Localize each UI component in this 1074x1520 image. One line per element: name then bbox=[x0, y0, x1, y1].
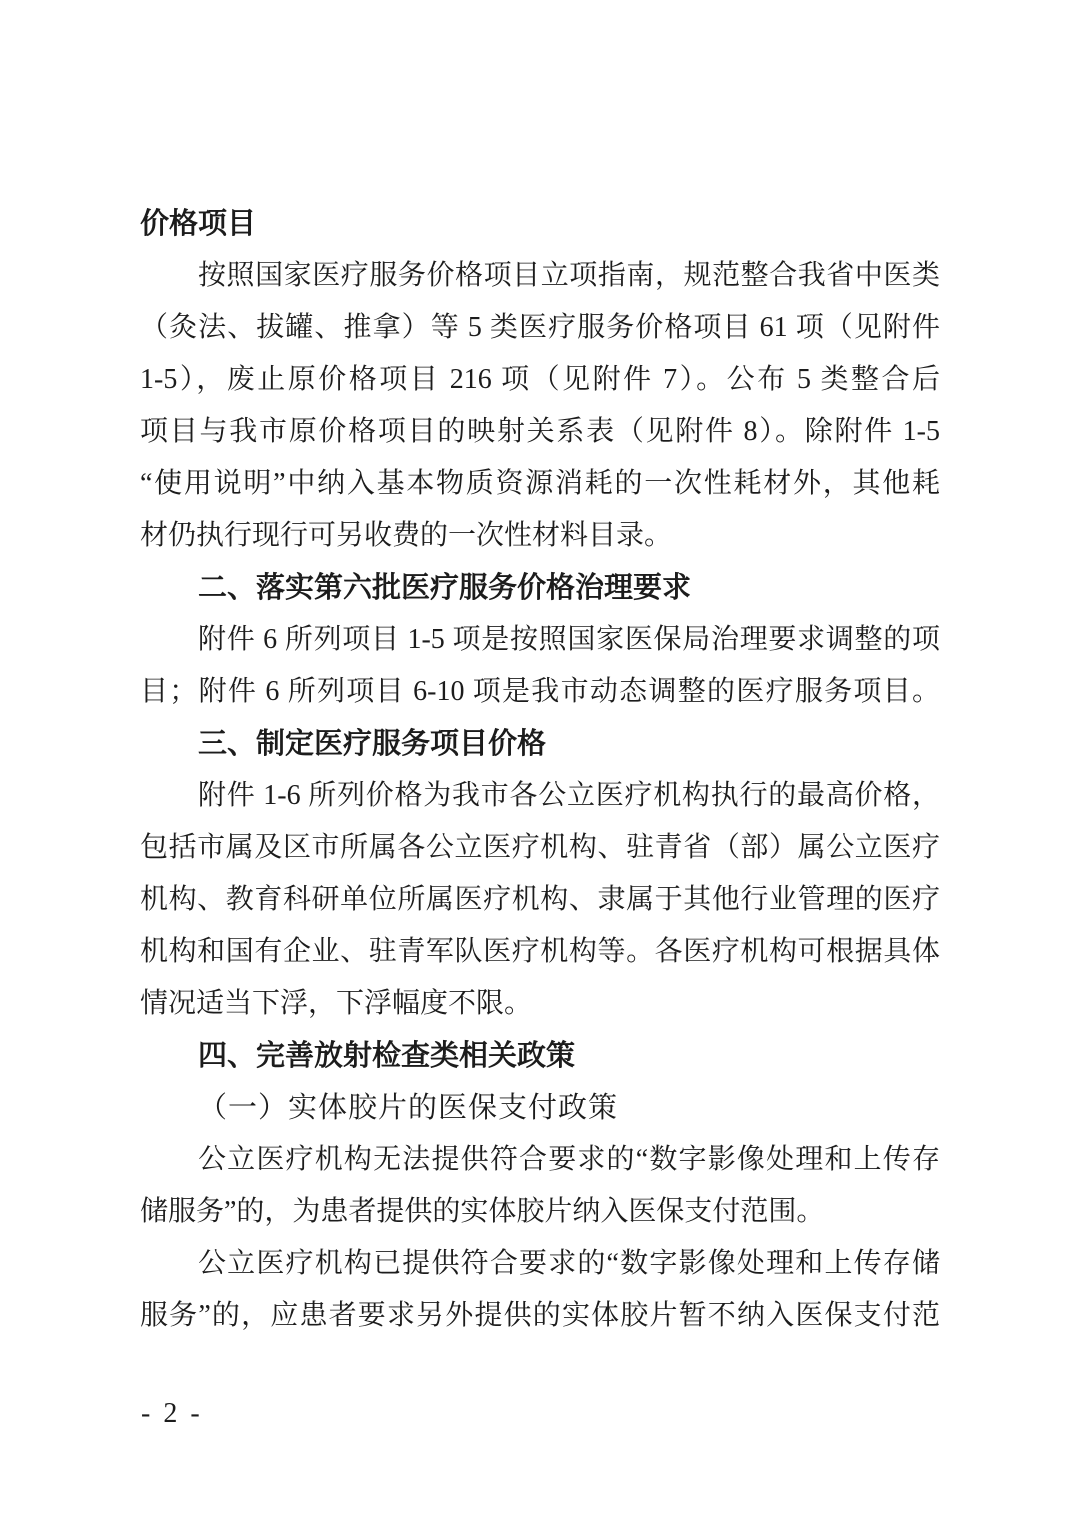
section3-heading: 三、制定医疗服务项目价格 bbox=[140, 718, 940, 770]
section1-para-line-5: “使用说明”中纳入基本物质资源消耗的一次性耗材外，其他耗 bbox=[140, 458, 940, 510]
section3-para-line-2: 包括市属及区市所属各公立医疗机构、驻青省（部）属公立医疗 bbox=[140, 822, 940, 874]
document-page: 价格项目 按照国家医疗服务价格项目立项指南，规范整合我省中医类 （灸法、拔罐、推… bbox=[0, 0, 1074, 1520]
section2-heading: 二、落实第六批医疗服务价格治理要求 bbox=[140, 562, 940, 614]
section1-para-line-1: 按照国家医疗服务价格项目立项指南，规范整合我省中医类 bbox=[140, 250, 940, 302]
document-text-block: 价格项目 按照国家医疗服务价格项目立项指南，规范整合我省中医类 （灸法、拔罐、推… bbox=[140, 198, 940, 1342]
section3-para-line-5: 情况适当下浮，下浮幅度不限。 bbox=[140, 978, 940, 1030]
section4-para-b-line-1: 公立医疗机构已提供符合要求的“数字影像处理和上传存储 bbox=[140, 1238, 940, 1290]
section3-para-line-1: 附件 1-6 所列价格为我市各公立医疗机构执行的最高价格， bbox=[140, 770, 940, 822]
section3-para-line-4: 机构和国有企业、驻青军队医疗机构等。各医疗机构可根据具体 bbox=[140, 926, 940, 978]
section1-para-line-2: （灸法、拔罐、推拿）等 5 类医疗服务价格项目 61 项（见附件 bbox=[140, 302, 940, 354]
section4-para-a-line-1: 公立医疗机构无法提供符合要求的“数字影像处理和上传存 bbox=[140, 1134, 940, 1186]
section4-para-a-line-2: 储服务”的，为患者提供的实体胶片纳入医保支付范围。 bbox=[140, 1186, 940, 1238]
section3-para-line-3: 机构、教育科研单位所属医疗机构、隶属于其他行业管理的医疗 bbox=[140, 874, 940, 926]
section4-para-b-line-2: 服务”的，应患者要求另外提供的实体胶片暂不纳入医保支付范 bbox=[140, 1290, 940, 1342]
page-number: - 2 - bbox=[141, 1398, 203, 1430]
section4-subheading-1: （一）实体胶片的医保支付政策 bbox=[140, 1082, 940, 1134]
section2-para-line-2: 目；附件 6 所列项目 6-10 项是我市动态调整的医疗服务项目。 bbox=[140, 666, 940, 718]
section2-para-line-1: 附件 6 所列项目 1-5 项是按照国家医保局治理要求调整的项 bbox=[140, 614, 940, 666]
section1-heading-fragment: 价格项目 bbox=[140, 198, 940, 250]
section4-heading: 四、完善放射检查类相关政策 bbox=[140, 1030, 940, 1082]
section1-para-line-4: 项目与我市原价格项目的映射关系表（见附件 8）。除附件 1-5 bbox=[140, 406, 940, 458]
section1-para-line-6: 材仍执行现行可另收费的一次性材料目录。 bbox=[140, 510, 940, 562]
section1-para-line-3: 1-5），废止原价格项目 216 项（见附件 7）。公布 5 类整合后 bbox=[140, 354, 940, 406]
